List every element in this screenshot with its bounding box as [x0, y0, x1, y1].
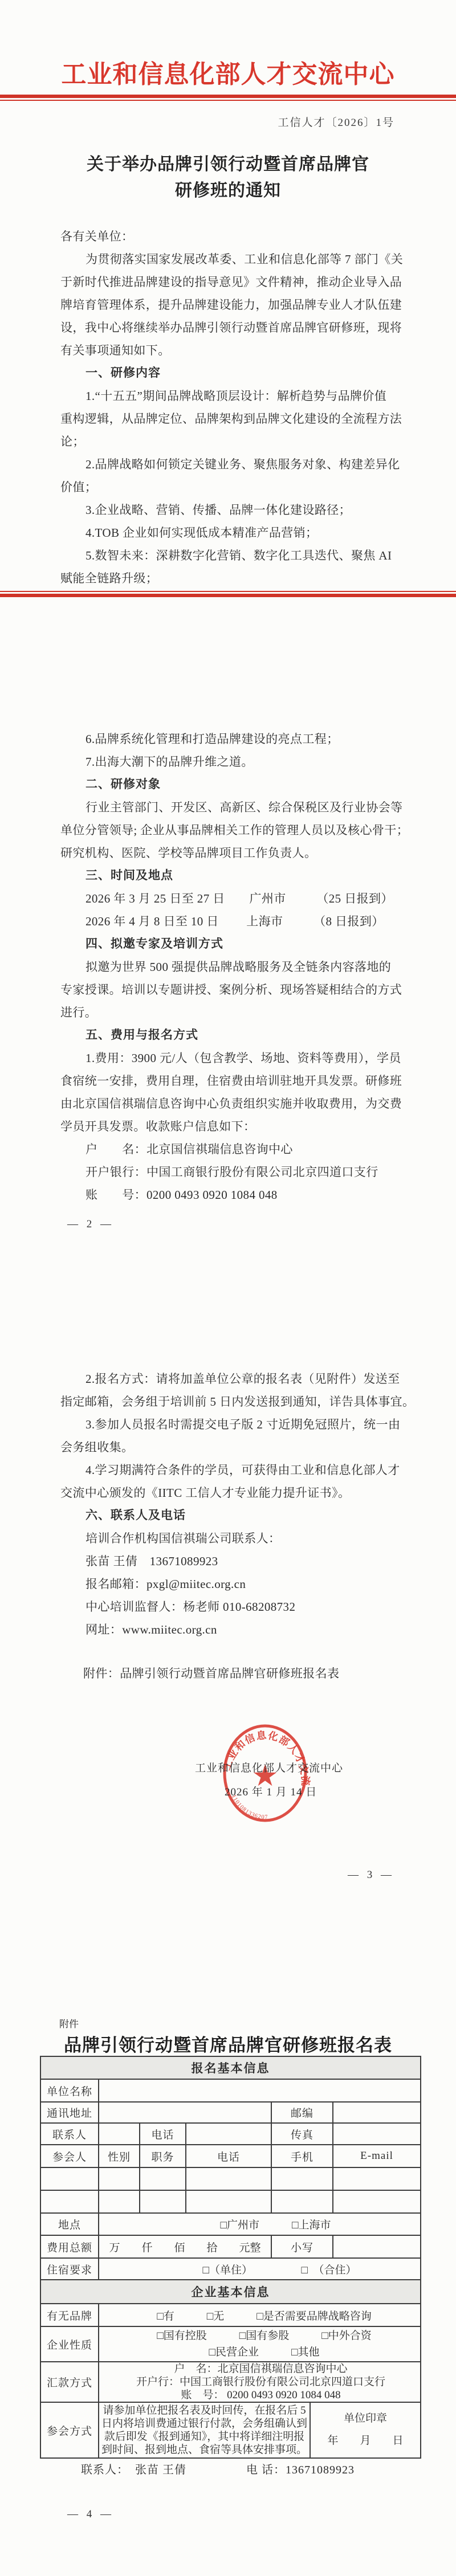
doc-line: 重构逻辑，从品牌定位、品牌架构到品牌文化建设的全流程方法	[60, 407, 397, 430]
section-heading-3: 三、时间及地点	[60, 864, 397, 887]
address-label: 通讯地址	[40, 2102, 99, 2123]
fee-small-label: 小写	[271, 2235, 333, 2258]
doc-line: 赋能全链路升级；	[60, 567, 397, 590]
doc-line: 培训合作机构国信祺瑞公司联系人：	[60, 1527, 397, 1550]
attendee-row-field	[40, 2167, 99, 2190]
doc-line: 交流中心颁发的《IITC 工信人才专业能力提升证书》。	[60, 1481, 397, 1504]
brand-label: 有无品牌	[40, 2304, 99, 2326]
supervisor-phone: 中心培训监督人：杨老师 010-68208732	[60, 1595, 397, 1618]
doc-line: 由北京国信祺瑞信息咨询中心负责组织实施并收取费用，为交费	[60, 1092, 397, 1115]
gender-field	[99, 2167, 140, 2190]
doc-line: 单位分管领导; 企业从事品牌相关工作的管理人员以及核心骨干；	[60, 819, 397, 842]
form-title: 品牌引领行动暨首席品牌官研修班报名表	[0, 2031, 456, 2056]
tel-field	[186, 2190, 271, 2213]
table-row: 企业基本信息	[40, 2280, 421, 2304]
location-options: □广州市 □上海市	[99, 2213, 421, 2235]
signature-org: 工业和信息化部人才交流中心	[195, 1759, 343, 1775]
form-contact-line: 联系人： 张苗 王倩 电 话：13671089923	[81, 2460, 355, 2477]
table-row: 费用总额 万 仟 佰 拾 元整 小写	[40, 2235, 421, 2258]
tel-field	[186, 2167, 271, 2190]
schedule-shanghai: 2026 年 4 月 8 日至 10 日 上海市 （8 日报到）	[60, 910, 397, 933]
letterhead-rule-thick	[0, 95, 456, 98]
bank-account-number: 账 号：0200 0493 0920 1084 048	[60, 1183, 397, 1206]
email-field	[333, 2190, 421, 2213]
contact-field	[99, 2123, 140, 2145]
postcode-field	[333, 2102, 421, 2123]
letterhead-rule-thin	[0, 100, 456, 101]
unit-seal-cell: 单位印章 年 月 日	[310, 2402, 421, 2458]
phone-label: 电话	[140, 2123, 186, 2145]
contact-label: 联系人	[40, 2123, 99, 2145]
bank-name: 开户银行：中国工商银行股份有限公司北京四道口支行	[60, 1161, 397, 1183]
doc-line: 7.出海大潮下的品牌升维之道。	[60, 750, 397, 773]
email-label: E-mail	[333, 2145, 421, 2167]
table-row: 有无品牌 □有 □无 □是否需要品牌战略咨询	[40, 2304, 421, 2326]
doc-line: 6.品牌系统化管理和打造品牌建设的亮点工程；	[60, 728, 397, 750]
section-heading-6: 六、联系人及电话	[60, 1504, 397, 1527]
page-number-2: — 2 —	[67, 1218, 114, 1231]
remit-bank: 开户行：中国工商银行股份有限公司北京四道口支行	[103, 2375, 419, 2389]
doc-line: 价值；	[60, 476, 397, 499]
doc-line: 拟邀为世界 500 强提供品牌战略服务及全链条内容落地的	[60, 956, 397, 978]
doc-line: 行业主管部门、开发区、高新区、综合保税区及行业协会等	[60, 796, 397, 819]
section-heading-1: 一、研修内容	[60, 362, 397, 385]
gender-field	[99, 2190, 140, 2213]
table-row: 住宿要求 □（单住） □ （合住）	[40, 2258, 421, 2280]
position-field	[140, 2167, 186, 2190]
table-row: 地点 □广州市 □上海市	[40, 2213, 421, 2235]
fee-total-label: 费用总额	[40, 2235, 99, 2258]
page-3-body: 2.报名方式：请将加盖单位公章的报名表（见附件）发送至 指定邮箱，会务组于培训前…	[60, 1367, 397, 1641]
nature-label: 企业性质	[40, 2326, 99, 2362]
form-section-basic-info: 报名基本信息	[40, 2056, 421, 2079]
website: 网址：www.miitec.org.cn	[60, 1618, 397, 1641]
doc-line: 指定邮箱，会务组于培训前 5 日内发送报到通知，详告具体事宜。	[60, 1390, 397, 1413]
fee-line: 1.费用：3900 元/人（包含教学、场地、资料等费用），学员	[60, 1047, 397, 1069]
position-label: 职务	[140, 2145, 186, 2167]
doc-line: 5.数智未来：深耕数字化营销、数字化工具迭代、聚焦 AI	[60, 544, 397, 567]
document-title: 关于举办品牌引领行动暨首席品牌官 研修班的通知	[0, 152, 456, 204]
tel-label: 电话	[186, 2145, 271, 2167]
doc-line: 2.品牌战略如何锁定关键业务、聚焦服务对象、构建差异化	[60, 453, 397, 476]
document-title-line2: 研修班的通知	[0, 178, 456, 204]
signature-date: 2026 年 1 月 14 日	[225, 1783, 317, 1799]
letterhead-org-title: 工业和信息化部人才交流中心	[0, 54, 456, 90]
lodging-options: □（单住） □ （合住）	[99, 2258, 421, 2280]
lodging-label: 住宿要求	[40, 2258, 99, 2280]
nature-options-line1: □国有控股 □国有参股 □中外合资	[109, 2328, 419, 2344]
mobile-field	[271, 2190, 333, 2213]
email-field	[333, 2167, 421, 2190]
method-text: 请参加单位把报名表及时回传，在报名后 5 日内将培训费通过银行付款，会务组确认到…	[99, 2402, 310, 2458]
fax-label: 传真	[271, 2123, 333, 2145]
table-row: 单位名称	[40, 2079, 421, 2102]
table-row	[40, 2190, 421, 2213]
attachment-reference-line: 附件：品牌引领行动暨首席品牌官研修班报名表	[83, 1662, 339, 1685]
page-1-body: 各有关单位： 为贯彻落实国家发展改革委、工业和信息化部等 7 部门《关 于新时代…	[60, 225, 397, 590]
brand-options: □有 □无 □是否需要品牌战略咨询	[99, 2304, 421, 2326]
gender-label: 性别	[99, 2145, 140, 2167]
remit-account-number: 账 号： 0200 0493 0920 1084 048	[103, 2389, 419, 2402]
section-heading-2: 二、研修对象	[60, 773, 397, 796]
schedule-guangzhou: 2026 年 3 月 25 日至 27 日 广州市 （25 日报到）	[60, 887, 397, 910]
table-row: 联系人 电话 传真	[40, 2123, 421, 2145]
doc-line: 4.学习期满符合条件的学员，可获得由工业和信息化部人才	[60, 1459, 397, 1481]
doc-line: 2.报名方式：请将加盖单位公章的报名表（见附件）发送至	[60, 1367, 397, 1390]
table-row: 参会方式 请参加单位把报名表及时回传，在报名后 5 日内将培训费通过银行付款，会…	[40, 2402, 421, 2458]
scanned-document: 工业和信息化部人才交流中心 工信人才〔2026〕1号 关于举办品牌引领行动暨首席…	[0, 0, 456, 2576]
bank-account-name: 户 名：北京国信祺瑞信息咨询中心	[60, 1138, 397, 1161]
section-heading-4: 四、拟邀专家及培训方式	[60, 933, 397, 956]
remit-account-name: 户 名：北京国信祺瑞信息咨询中心	[103, 2362, 419, 2375]
position-field	[140, 2190, 186, 2213]
unit-name-label: 单位名称	[40, 2079, 99, 2102]
doc-line: 4.TOB 企业如何实现低成本精准产品营销；	[60, 521, 397, 544]
doc-line: 3.参加人员报名时需提交电子版 2 寸近期免冠照片，统一由	[60, 1413, 397, 1436]
registration-form-table: 报名基本信息 单位名称 通讯地址 邮编 联系人 电话 传真 参会人 性别 职务 …	[40, 2056, 421, 2459]
section-heading-5: 五、费用与报名方式	[60, 1024, 397, 1047]
fee-small-field	[333, 2235, 421, 2258]
fax-field	[333, 2123, 421, 2145]
table-row: 报名基本信息	[40, 2056, 421, 2079]
doc-line: 进行。	[60, 1001, 397, 1024]
document-title-line1: 关于举办品牌引领行动暨首席品牌官	[0, 152, 456, 178]
address-field	[99, 2102, 271, 2123]
fee-caps-cell: 万 仟 佰 拾 元整	[99, 2235, 271, 2258]
doc-line: 设，我中心将继续举办品牌引领行动暨首席品牌官研修班，现将	[60, 316, 397, 339]
doc-line: 为贯彻落实国家发展改革委、工业和信息化部等 7 部门《关	[60, 248, 397, 271]
doc-line: 论；	[60, 430, 397, 453]
document-number: 工信人才〔2026〕1号	[278, 114, 394, 129]
doc-line: 3.企业战略、营销、传播、品牌一体化建设路径；	[60, 499, 397, 521]
postcode-label: 邮编	[271, 2102, 333, 2123]
doc-line: 1.“十五五”期间品牌战略顶层设计：解析趋势与品牌价值	[60, 385, 397, 407]
table-row: 汇款方式 户 名：北京国信祺瑞信息咨询中心 开户行：中国工商银行股份有限公司北京…	[40, 2362, 421, 2402]
doc-line: 有关事项通知如下。	[60, 339, 397, 362]
footer-rule-thick	[0, 594, 456, 597]
table-row	[40, 2167, 421, 2190]
doc-line: 于新时代推进品牌建设的指导意见》文件精神，推动企业导入品	[60, 271, 397, 293]
doc-line: 各有关单位：	[60, 225, 397, 248]
footer-rule-thin	[0, 591, 456, 592]
attachment-label: 附件	[59, 2016, 79, 2030]
doc-line: 食宿统一安排，费用自理，住宿费由培训驻地开具发票。研修班	[60, 1069, 397, 1092]
table-row: 企业性质 □国有控股 □国有参股 □中外合资 □民营企业 □其他	[40, 2326, 421, 2362]
table-row: 通讯地址 邮编	[40, 2102, 421, 2123]
doc-line: 专家授课。培训以专题讲授、案例分析、现场答疑相结合的方式	[60, 978, 397, 1001]
doc-line: 会务组收集。	[60, 1436, 397, 1459]
page-number-4: — 4 —	[67, 2508, 114, 2521]
attendee-label: 参会人	[40, 2145, 99, 2167]
form-section-company-info: 企业基本信息	[40, 2280, 421, 2304]
nature-options-line2: □民营企业 □其他	[109, 2344, 419, 2361]
table-row: 参会人 性别 职务 电话 手机 E-mail	[40, 2145, 421, 2167]
signup-email: 报名邮箱：pxgl@miitec.org.cn	[60, 1573, 397, 1595]
page-2-body: 6.品牌系统化管理和打造品牌建设的亮点工程； 7.出海大潮下的品牌升维之道。 二…	[60, 728, 397, 1206]
phone-field	[186, 2123, 271, 2145]
method-label: 参会方式	[40, 2402, 99, 2458]
doc-line: 牌培育管理体系，提升品牌建设能力，加强品牌专业人才队伍建	[60, 293, 397, 316]
location-label: 地点	[40, 2213, 99, 2235]
doc-line: 研究机构、医院、学校等品牌项目工作负责人。	[60, 842, 397, 864]
mobile-field	[271, 2167, 333, 2190]
unit-name-field	[99, 2079, 421, 2102]
unit-seal-label: 单位印章	[312, 2408, 419, 2430]
remit-label: 汇款方式	[40, 2362, 99, 2402]
doc-line: 学员开具发票。收款账户信息如下：	[60, 1115, 397, 1138]
contact-names-phone: 张苗 王倩 13671089923	[60, 1550, 397, 1573]
attendee-row-field	[40, 2190, 99, 2213]
page-number-3: — 3 —	[348, 1869, 394, 1881]
seal-date-label: 年 月 日	[312, 2430, 419, 2452]
mobile-label: 手机	[271, 2145, 333, 2167]
